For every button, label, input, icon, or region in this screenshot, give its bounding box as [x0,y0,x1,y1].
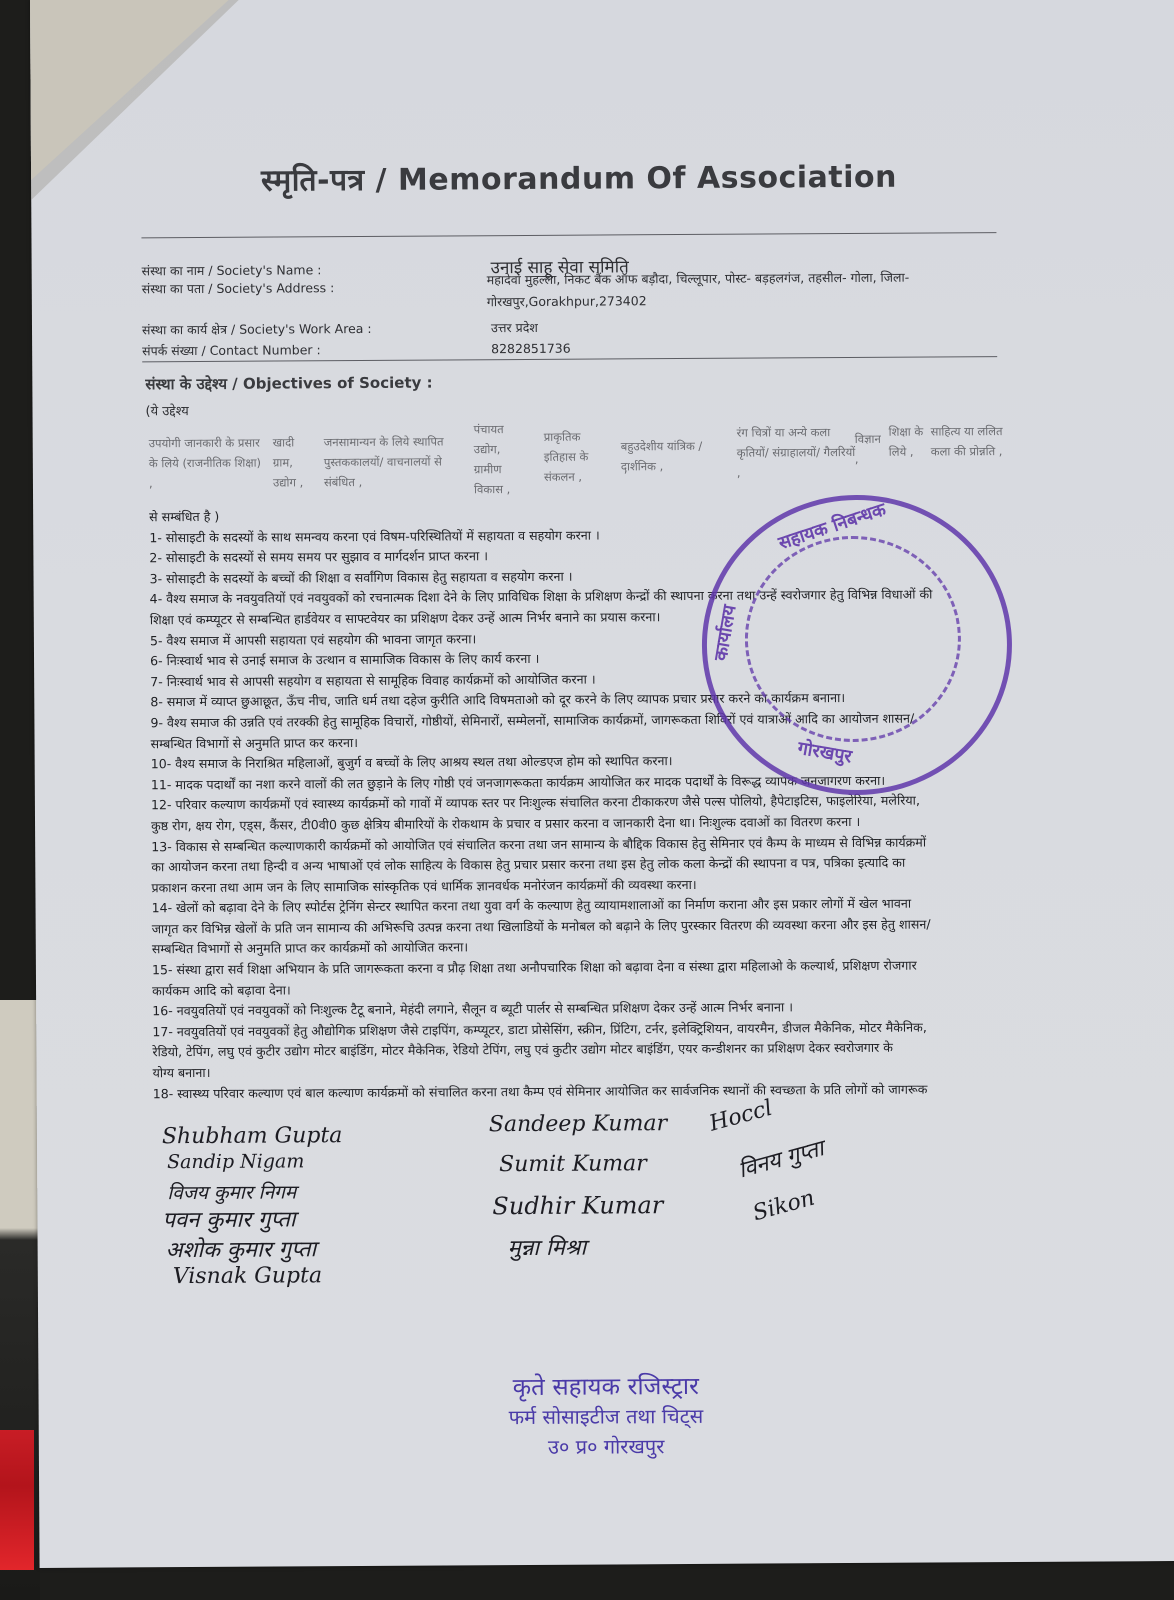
signature: अशोक कुमार गुप्ता [166,1233,317,1264]
category-item: साहित्य या ललित कला की प्रोन्नति , [931,421,1006,461]
signature: विनय गुप्ता [735,1132,827,1184]
contact-label: संपर्क संख्या / Contact Number : [142,340,487,359]
signature: Sumit Kumar [499,1151,647,1177]
objectives-heading: संस्था के उद्देश्य / Objectives of Socie… [145,373,432,395]
category-item: विज्ञान , [855,429,885,469]
registrar-stamp: कृते सहायक रजिस्ट्रार फर्म सोसाइटीज तथा … [508,1371,703,1462]
category-item: शिक्षा के लिये , [889,422,929,462]
objective-line: 18- स्वास्थ्य परिवार कल्याण एवं बाल कल्य… [153,1079,1013,1105]
signature: मुन्ना मिश्रा [508,1232,587,1262]
society-address-row: संस्था का पता / Society's Address : [142,278,487,297]
work-area-row: संस्था का कार्य क्षेत्र / Society's Work… [142,319,538,338]
stamp-bottom-text: गोरखपुर [796,736,854,769]
divider-top [141,232,996,238]
signature: Sandeep Kumar [489,1111,667,1137]
category-item: पंचायत उद्योग, ग्रामीण विकास , [474,419,524,499]
category-item: खादी ग्राम, उद्योग , [273,432,318,492]
signature: Shubham Gupta [162,1123,343,1149]
society-address-value: महादेवा मुहल्ला, निकट बैंक ऑफ बड़ौदा, चि… [487,266,997,313]
registrar-line-2: फर्म सोसाइटीज तथा चिट्स [509,1401,704,1432]
category-item: जनसामान्यन के लिये स्थापित पुस्तककालयों/… [324,431,464,492]
society-name-label: संस्था का नाम / Society's Name : [142,260,487,279]
category-item: रंग चित्रों या अन्ये कला कृतियों/ संग्रा… [737,422,857,483]
registrar-line-3: उ० प्र० गोरखपुर [509,1431,704,1462]
contact-value: 8282851736 [491,341,571,356]
signature: Hoccl [707,1096,775,1137]
signature: Visnak Gupta [173,1263,322,1289]
objective-categories: उपयोगी जानकारी के प्रसार के लिये (राजनीत… [149,416,1009,501]
signature: Sikon [750,1186,817,1227]
background-red-object [0,1430,34,1570]
work-area-value: उत्तर प्रदेश [491,319,538,336]
society-address-label: संस्था का पता / Society's Address : [142,278,487,297]
document-page: स्मृति-पत्र / Memorandum Of Association … [30,0,1174,1568]
contact-row: संपर्क संख्या / Contact Number : 8282851… [142,340,571,360]
registrar-line-1: कृते सहायक रजिस्ट्रार [508,1371,703,1402]
category-item: प्राकृतिक इतिहास के संकलन , [544,426,609,486]
signature: विजय कुमार निगम [167,1178,296,1205]
official-seal-stamp: सहायक निबन्धक कार्यालय गोरखपुर [701,494,1013,796]
signature: Sandip Nigam [167,1150,304,1173]
objectives-intro: (ये उद्देश्य [145,401,188,419]
folded-corner [30,0,231,180]
document-title: स्मृति-पत्र / Memorandum Of Association [261,154,961,199]
signature: Sudhir Kumar [492,1191,663,1220]
category-item: बहुउदेशीय यांत्रिक / दार्शनिक , [621,436,726,477]
background-left [0,1000,40,1600]
work-area-label: संस्था का कार्य क्षेत्र / Society's Work… [142,319,487,338]
signature: पवन कुमार गुप्ता [162,1203,295,1234]
stamp-left-text: कार्यालय [708,603,741,662]
category-item: उपयोगी जानकारी के प्रसार के लिये (राजनीत… [149,433,264,494]
